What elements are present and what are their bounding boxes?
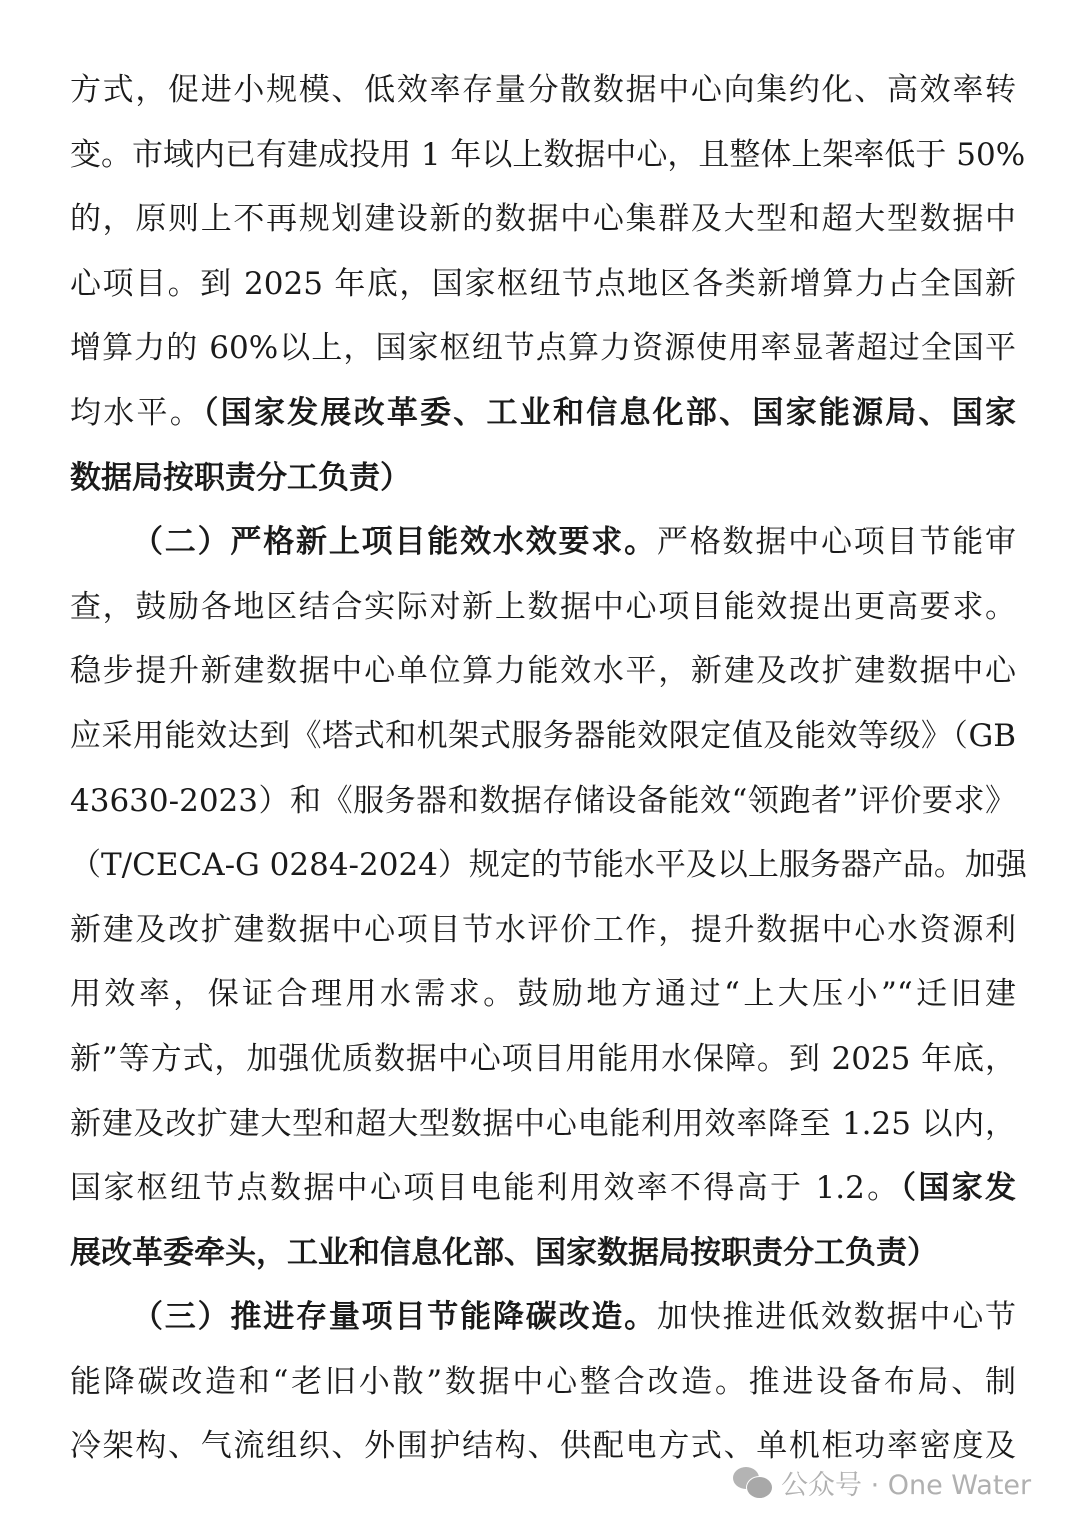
section-heading: （二）严格新上项目能效水效要求。 <box>132 524 657 560</box>
text-line: 能降碳改造和“老旧小散”数据中心整合改造。推进设备布局、制 <box>70 1350 1016 1415</box>
responsibility-note: 展改革委牵头，工业和信息化部、国家数据局按职责分工负责） <box>70 1221 1016 1286</box>
text-line: 国家枢纽节点数据中心项目电能利用效率不得高于 1.2。（国家发 <box>70 1156 1016 1221</box>
section-heading: （三）推进存量项目节能降碳改造。 <box>132 1299 657 1335</box>
text-line: 43630-2023）和《服务器和数据存储设备能效“领跑者”评价要求》 <box>70 769 1016 834</box>
text-line: 方式，促进小规模、低效率存量分散数据中心向集约化、高效率转 <box>70 58 1016 123</box>
text-line: 用效率，保证合理用水需求。鼓励地方通过“上大压小”“迁旧建 <box>70 962 1016 1027</box>
text-line: 增算力的 60%以上，国家枢纽节点算力资源使用率显著超过全国平 <box>70 316 1016 381</box>
text-span: 均水平。 <box>70 395 203 431</box>
text-span: 严格数据中心项目节能审 <box>657 524 1016 560</box>
section-heading-line: （二）严格新上项目能效水效要求。严格数据中心项目节能审 <box>70 510 1016 575</box>
responsibility-note: （国家发展改革委、工业和信息化部、国家能源局、国家 <box>203 395 1016 431</box>
text-line: 变。市域内已有建成投用 1 年以上数据中心，且整体上架率低于 50% <box>70 123 1016 188</box>
text-line: 新建及改扩建大型和超大型数据中心电能利用效率降至 1.25 以内， <box>70 1092 1016 1157</box>
text-span: 加快推进低效数据中心节 <box>657 1299 1016 1335</box>
text-line: 心项目。到 2025 年底，国家枢纽节点地区各类新增算力占全国新 <box>70 252 1016 317</box>
text-line: 的，原则上不再规划建设新的数据中心集群及大型和超大型数据中 <box>70 187 1016 252</box>
text-line: 查，鼓励各地区结合实际对新上数据中心项目能效提出更高要求。 <box>70 575 1016 640</box>
responsibility-note: 数据局按职责分工负责） <box>70 446 1016 511</box>
watermark-text: 公众号 · One Water <box>781 1463 1031 1502</box>
watermark: 公众号 · One Water <box>733 1460 1031 1504</box>
responsibility-note: （国家发 <box>901 1170 1017 1206</box>
document-page: 方式，促进小规模、低效率存量分散数据中心向集约化、高效率转 变。市域内已有建成投… <box>70 58 1016 1479</box>
text-line: 均水平。（国家发展改革委、工业和信息化部、国家能源局、国家 <box>70 381 1016 446</box>
text-line: （T/CECA-G 0284-2024）规定的节能水平及以上服务器产品。加强 <box>70 833 1016 898</box>
text-line: 新”等方式，加强优质数据中心项目用能用水保障。到 2025 年底， <box>70 1027 1016 1092</box>
text-line: 稳步提升新建数据中心单位算力能效水平，新建及改扩建数据中心 <box>70 639 1016 704</box>
text-line: 应采用能效达到《塔式和机架式服务器能效限定值及能效等级》（GB <box>70 704 1016 769</box>
text-span: 国家枢纽节点数据中心项目电能利用效率不得高于 1.2。 <box>70 1170 901 1206</box>
section-heading-line: （三）推进存量项目节能降碳改造。加快推进低效数据中心节 <box>70 1285 1016 1350</box>
text-line: 新建及改扩建数据中心项目节水评价工作，提升数据中心水资源利 <box>70 898 1016 963</box>
wechat-icon <box>733 1465 773 1499</box>
